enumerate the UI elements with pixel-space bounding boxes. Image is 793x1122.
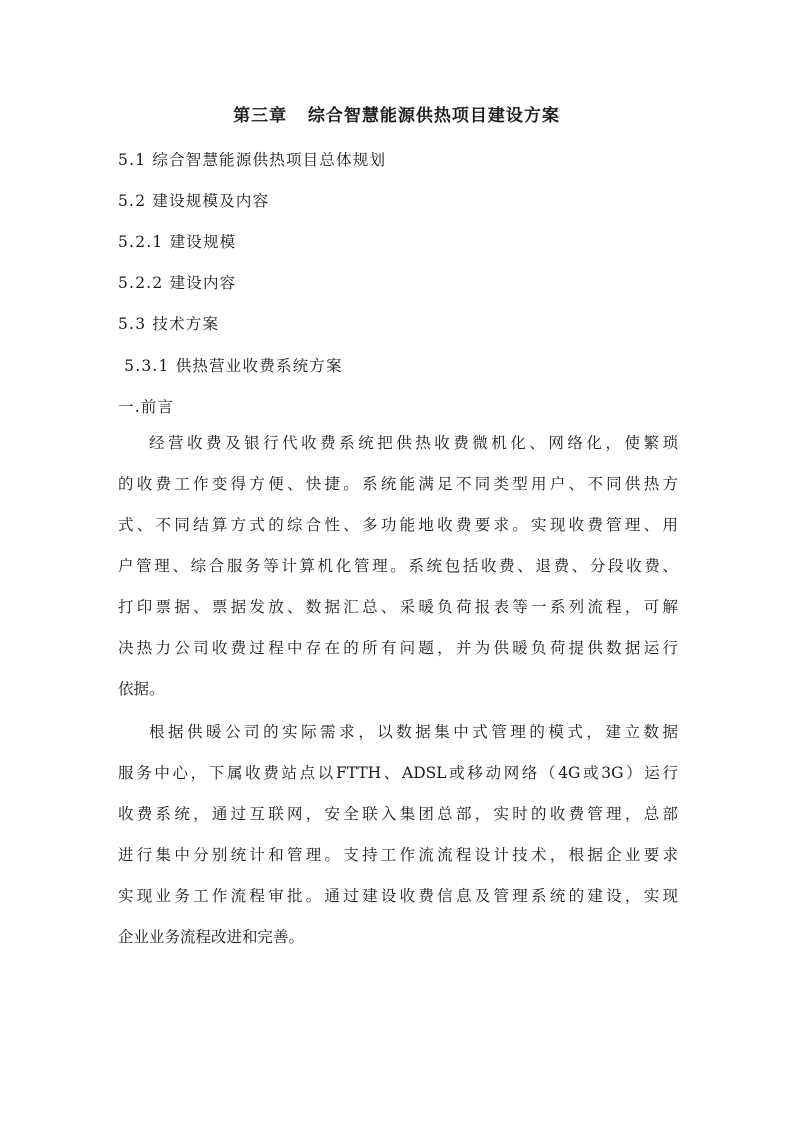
heading-5-2-2: 5.2.2 建设内容 <box>118 271 236 295</box>
paragraph-line: 进行集中分别统计和管理。支持工作流流程设计技术，根据企业要求 <box>118 835 678 876</box>
paragraph-line: 打印票据、票据发放、数据汇总、采暖负荷报表等一系列流程，可解 <box>118 587 678 628</box>
document-page: 第三章 综合智慧能源供热项目建设方案 5.1 综合智慧能源供热项目总体规划 5.… <box>0 0 793 1122</box>
paragraph-1: 经营收费及银行代收费系统把供热收费微机化、网络化，使繁琐 的收费工作变得方便、快… <box>118 423 678 710</box>
paragraph-line: 服务中心，下属收费站点以FTTH、ADSL或移动网络（4G或3G）运行 <box>118 753 678 794</box>
paragraph-line: 决热力公司收费过程中存在的所有问题，并为供暖负荷提供数据运行 <box>118 628 678 669</box>
chapter-title: 第三章 综合智慧能源供热项目建设方案 <box>0 103 793 129</box>
paragraph-line: 式、不同结算方式的综合性、多功能地收费要求。实现收费管理、用 <box>118 505 678 546</box>
heading-preface: 一.前言 <box>118 395 174 419</box>
paragraph-line: 户管理、综合服务等计算机化管理。系统包括收费、退费、分段收费、 <box>118 546 678 587</box>
paragraph-line: 依据。 <box>118 669 678 710</box>
paragraph-line: 根据供暖公司的实际需求，以数据集中式管理的模式，建立数据 <box>118 712 678 753</box>
heading-5-1: 5.1 综合智慧能源供热项目总体规划 <box>118 148 386 172</box>
paragraph-2: 根据供暖公司的实际需求，以数据集中式管理的模式，建立数据 服务中心，下属收费站点… <box>118 712 678 958</box>
heading-5-3-1: 5.3.1 供热营业收费系统方案 <box>118 354 343 378</box>
paragraph-line: 企业业务流程改进和完善。 <box>118 917 678 958</box>
heading-5-2: 5.2 建设规模及内容 <box>118 189 269 213</box>
paragraph-line: 的收费工作变得方便、快捷。系统能满足不同类型用户、不同供热方 <box>118 464 678 505</box>
heading-5-2-1: 5.2.1 建设规模 <box>118 230 236 254</box>
paragraph-line: 收费系统，通过互联网，安全联入集团总部，实时的收费管理，总部 <box>118 794 678 835</box>
paragraph-line: 实现业务工作流程审批。通过建设收费信息及管理系统的建设，实现 <box>118 876 678 917</box>
paragraph-line: 经营收费及银行代收费系统把供热收费微机化、网络化，使繁琐 <box>118 423 678 464</box>
heading-5-3: 5.3 技术方案 <box>118 312 219 336</box>
